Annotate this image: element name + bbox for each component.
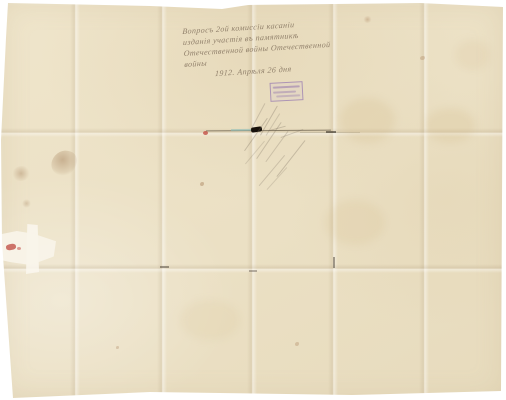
red-ink-dot	[203, 131, 208, 135]
crease-dash	[333, 257, 335, 268]
discoloration-patch	[340, 98, 395, 143]
teal-mark	[231, 129, 251, 131]
document-paper: Вопросъ 2ой комиссіи касаніи изданія уча…	[0, 0, 506, 400]
discoloration-patch	[325, 200, 385, 245]
stain	[48, 147, 79, 180]
crease-dash	[160, 266, 169, 268]
stamp-text-line	[276, 94, 300, 97]
fold-crease-vertical	[419, 0, 429, 400]
crease-dash	[326, 131, 336, 133]
handwritten-note: Вопросъ 2ой комиссіи касаніи изданія уча…	[182, 16, 355, 81]
archival-stamp	[270, 81, 304, 102]
stain	[295, 342, 299, 346]
stamp-text-line	[273, 86, 300, 89]
fold-crease-vertical	[157, 0, 167, 400]
stamp-text-line	[273, 90, 296, 93]
stain	[12, 166, 30, 181]
discoloration-patch	[180, 300, 240, 340]
red-paint-mark	[17, 247, 21, 250]
fold-crease-vertical	[70, 0, 80, 400]
stain	[116, 346, 119, 349]
discoloration-patch	[455, 40, 490, 70]
stain	[22, 199, 31, 208]
stain	[200, 182, 204, 186]
stain	[363, 16, 372, 23]
discoloration-patch	[425, 108, 475, 143]
stain	[420, 56, 425, 60]
fold-crease-horizontal	[0, 264, 506, 273]
photo-stage: Вопросъ 2ой комиссіи касаніи изданія уча…	[0, 0, 506, 400]
crease-dash	[249, 270, 257, 272]
